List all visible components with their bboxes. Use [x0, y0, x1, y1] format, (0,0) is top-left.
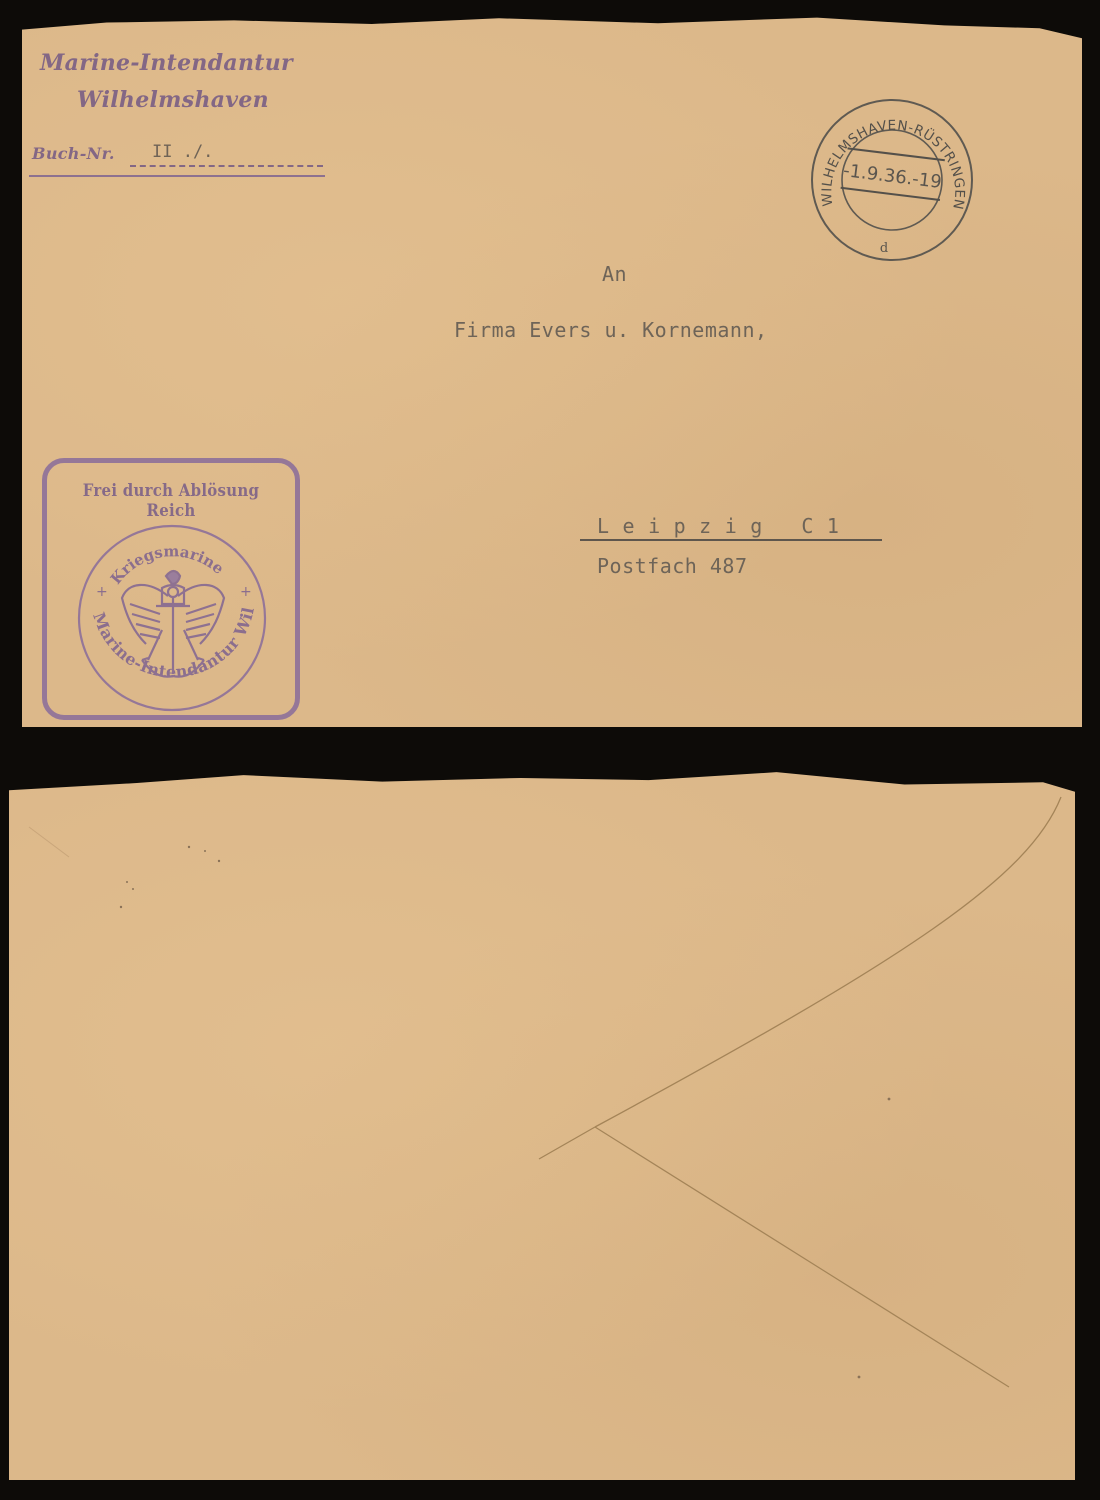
buch-nr-label: Buch-Nr. [32, 144, 115, 163]
buch-nr-dotted-line [130, 165, 323, 167]
letterhead-line-2: Wilhelmshaven [77, 87, 269, 113]
paper-specks [120, 846, 891, 1379]
letterhead-line-1: Marine-Intendantur [40, 50, 293, 76]
seal-cross-left: + [96, 584, 108, 600]
postmark-letter: d [880, 241, 888, 256]
buch-nr-value: II ./. [152, 142, 213, 162]
envelope-back [9, 757, 1075, 1480]
address-city: Leipzig C1 [597, 514, 852, 538]
official-seal: Kriegsmarine Marine-Intendantur Wilhelms… [70, 518, 275, 714]
seal-cross-right: + [240, 584, 252, 600]
franking-header: Frei durch Ablösung Reich [62, 481, 280, 521]
address-city-underline [580, 539, 882, 541]
letterhead-rule [29, 175, 325, 177]
envelope-flap [9, 757, 1075, 1480]
postmark-cancel: WILHELMSHAVEN-RÜSTRINGEN 1 -1.9.36.-19 d [804, 92, 980, 268]
franking-stamp: Frei durch Ablösung Reich Kriegsmarine M… [42, 458, 300, 720]
address-salutation: An [602, 262, 627, 286]
address-recipient: Firma Evers u. Kornemann, [454, 318, 768, 342]
address-po-box: Postfach 487 [597, 554, 748, 578]
envelope-front: Marine-Intendantur Wilhelmshaven Buch-Nr… [22, 14, 1082, 727]
postmark-date: -1.9.36.-19 [842, 160, 943, 193]
seal-top-text: Kriegsmarine [107, 542, 227, 587]
